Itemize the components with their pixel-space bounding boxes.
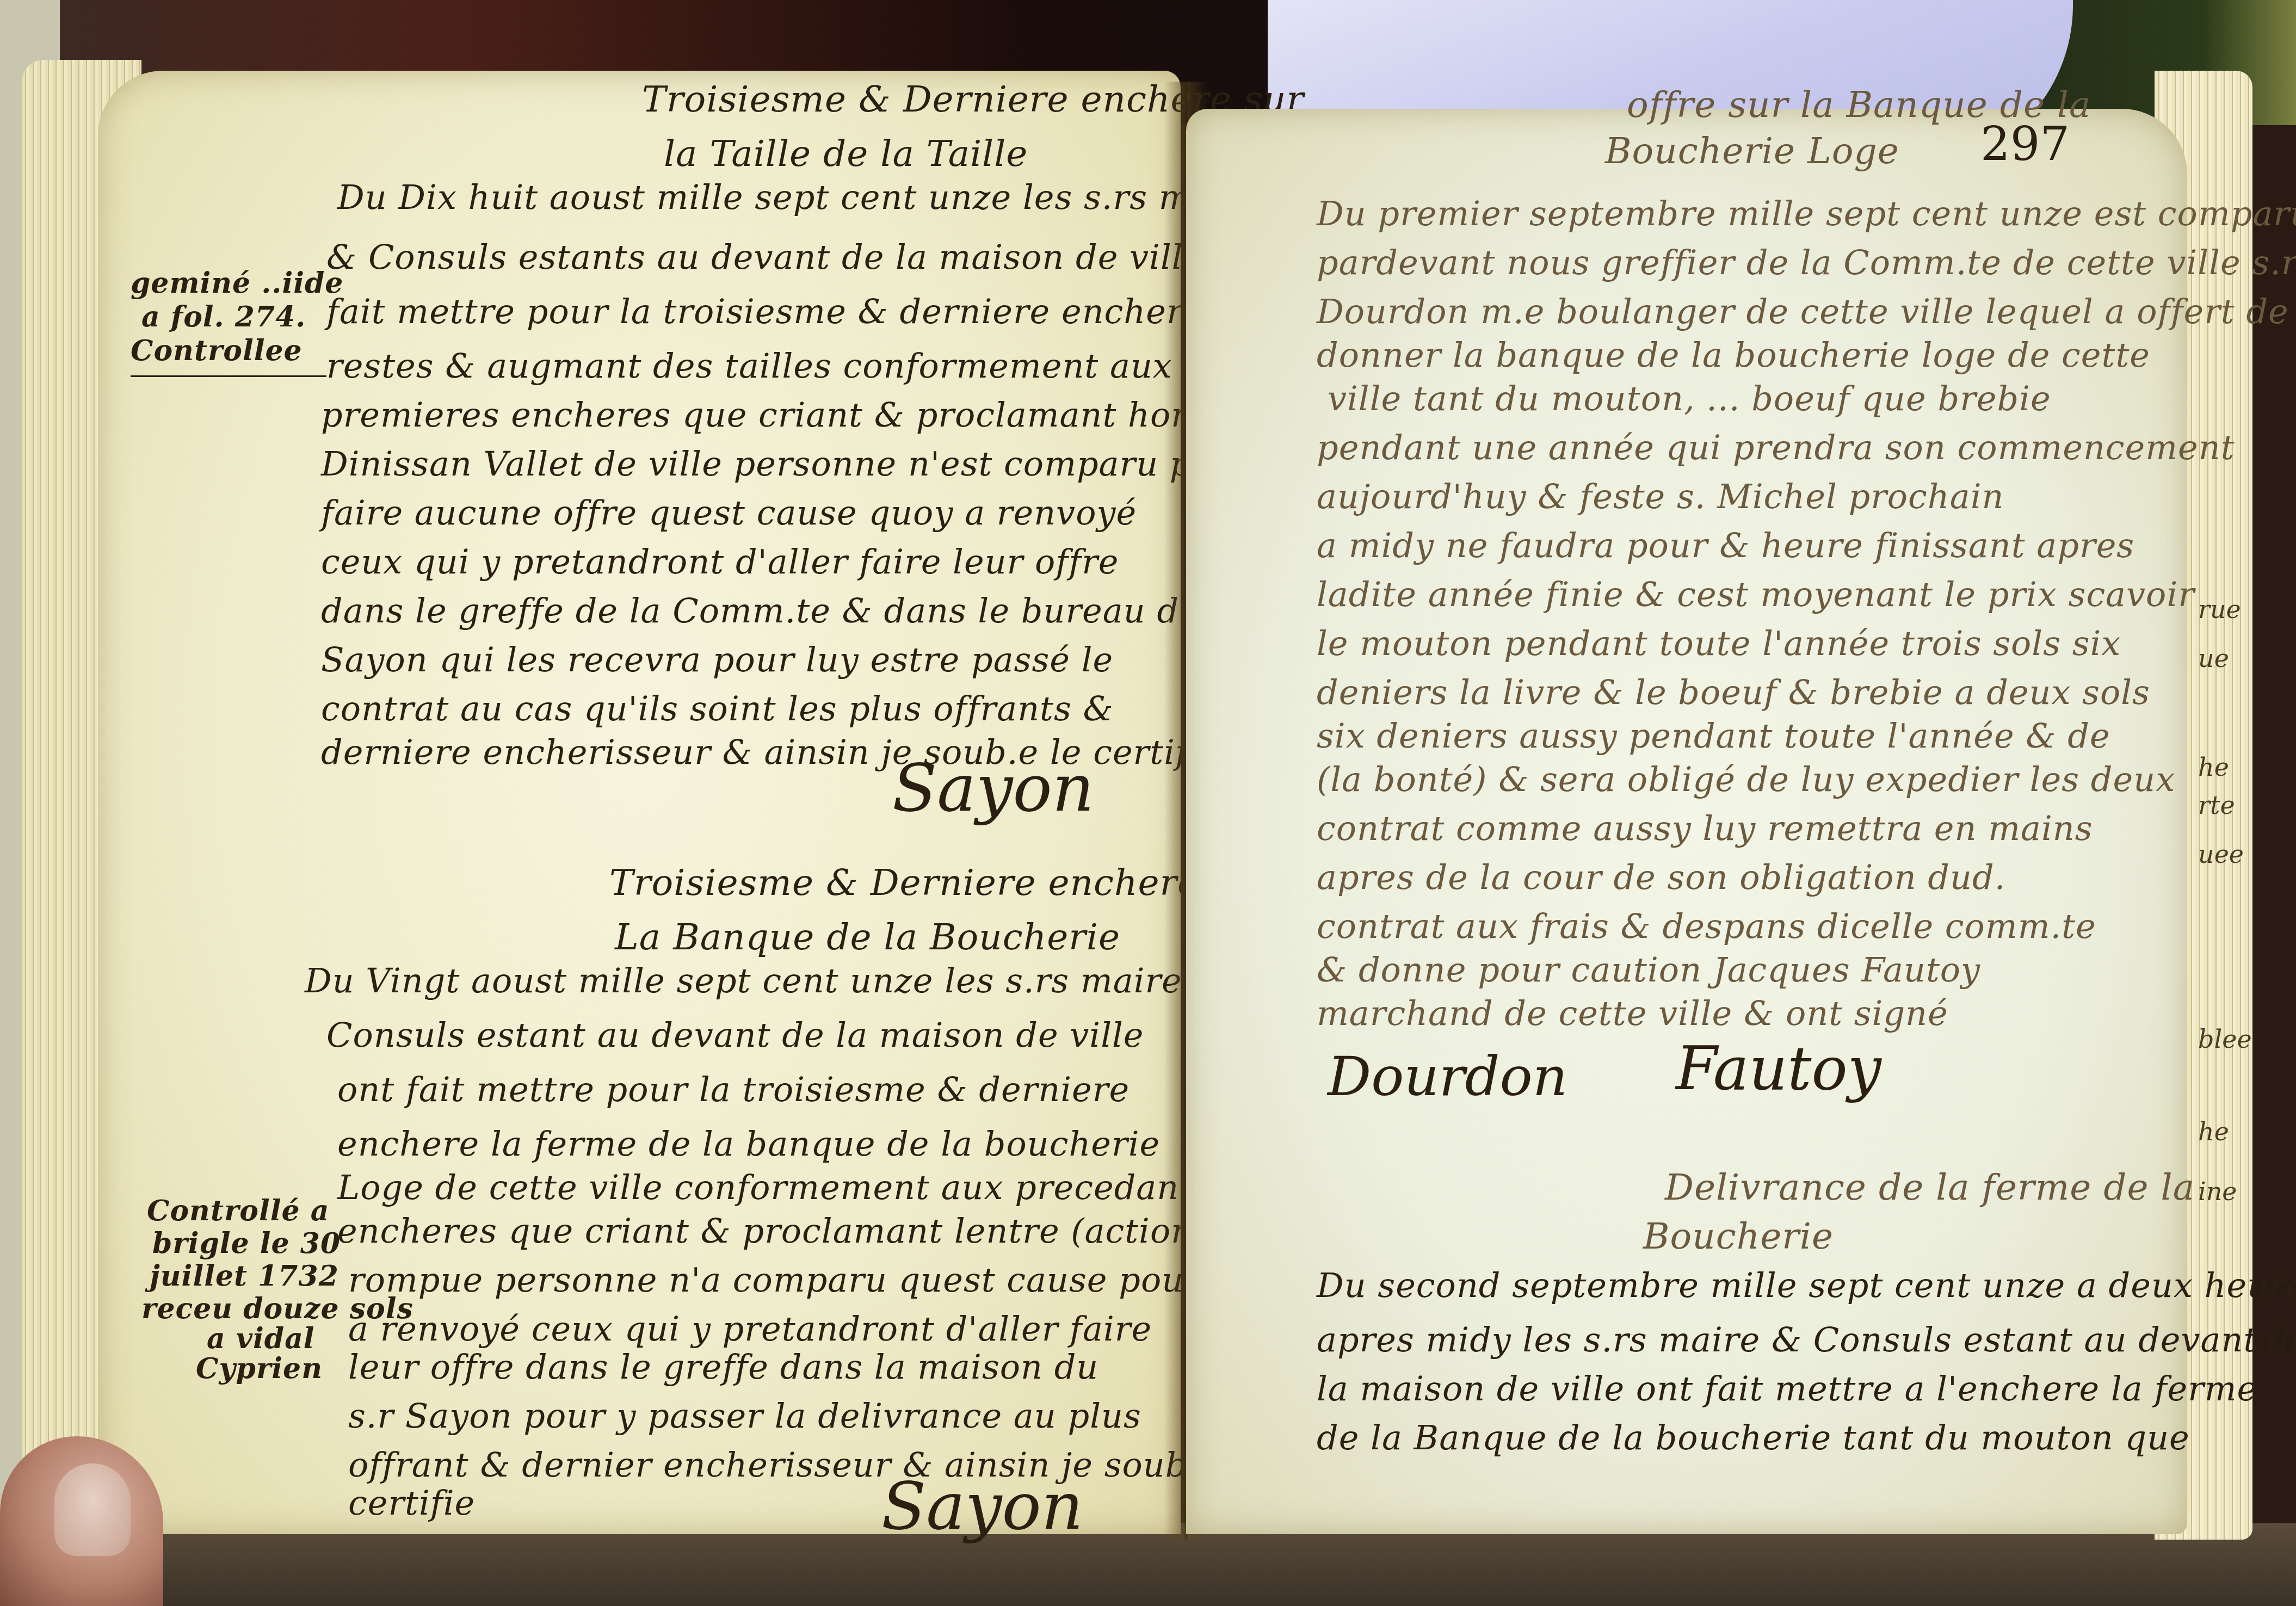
page-number: 297 [1980,117,2070,171]
edge-mark: rte [2198,789,2235,821]
margin-note-top-3: Controllee [131,334,303,368]
margin-note-top-1: geminé ..iide [131,267,343,300]
margin-underline [131,375,326,377]
signature-dourdon: Dourdon [1328,1045,1567,1108]
edge-mark: ine [2198,1175,2237,1208]
text-line: certifie [348,1469,475,1537]
text-line: Du Dix huit aoust mille sept cent unze l… [337,163,1278,232]
text-line: de la Banque de la boucherie tant du mou… [1317,1404,2190,1472]
text-line: offrant & dernier encherisseur & ainsin … [348,1431,1219,1499]
thumbnail [54,1463,131,1556]
edge-mark: uee [2198,838,2244,870]
margin-line: receu douze sols [141,1292,413,1326]
table-surface [0,1523,2296,1606]
signature-fautoy: Fautoy [1676,1034,1881,1103]
signature-sayon-1: Sayon [892,751,1094,826]
edge-mark: blee [2198,1023,2252,1055]
edge-mark: he [2198,1115,2229,1148]
margin-line: juillet 1732 [150,1259,339,1293]
margin-note-top-2: a fol. 274. [141,300,306,334]
edge-mark: rue [2198,593,2241,626]
margin-line: Cyprien [196,1352,323,1386]
edge-mark: he [2198,751,2229,783]
margin-line: a vidal [207,1322,315,1356]
right-heading-line-2: Boucherie Loge [1605,117,1899,186]
margin-line: Controllé a [147,1194,329,1228]
signature-sayon-2: Sayon [881,1469,1083,1545]
edge-mark: ue [2198,642,2229,675]
margin-line: brigle le 30 [152,1227,341,1261]
